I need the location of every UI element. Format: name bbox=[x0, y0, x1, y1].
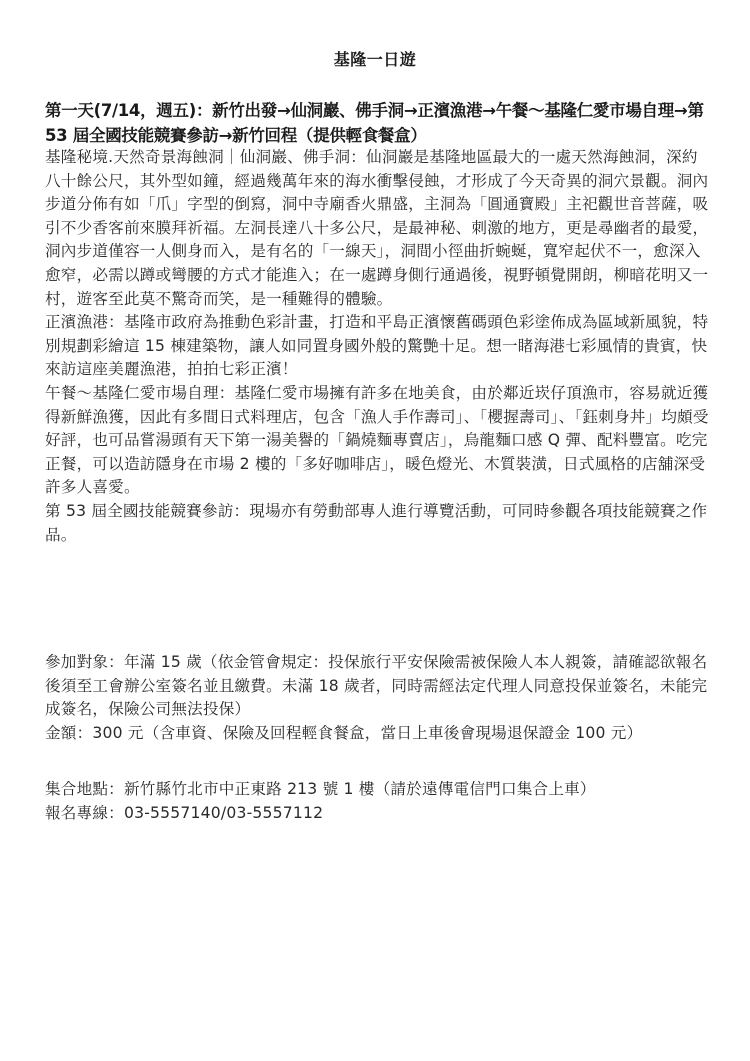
meeting-point-text: 集合地點：新竹縣竹北市中正東路 213 號 1 樓（請於遠傳電信門口集合上車） bbox=[45, 778, 710, 802]
itinerary-heading: 第一天(7/14，週五)：新竹出發→仙洞巖、佛手洞→正濱漁港→午餐～基隆仁愛市場… bbox=[45, 98, 710, 148]
document-title: 基隆一日遊 bbox=[0, 47, 750, 70]
document-page: 基隆一日遊 第一天(7/14，週五)：新竹出發→仙洞巖、佛手洞→正濱漁港→午餐～… bbox=[0, 0, 750, 1061]
paragraph-renai-market: 午餐～基隆仁愛市場自理：基隆仁愛市場擁有許多在地美食，由於鄰近崁仔頂漁市，容易就… bbox=[45, 382, 710, 500]
paragraph-sea-caves: 基隆秘境.天然奇景海蝕洞｜仙洞巖、佛手洞：仙洞巖是基隆地區最大的一處天然海蝕洞，… bbox=[45, 146, 710, 311]
contact-info: 集合地點：新竹縣竹北市中正東路 213 號 1 樓（請於遠傳電信門口集合上車） … bbox=[45, 778, 710, 825]
paragraph-zhengbin-harbor: 正濱漁港：基隆市政府為推動色彩計畫，打造和平島正濱懷舊碼頭色彩塗佈成為區域新風貌… bbox=[45, 311, 710, 382]
hotline-text: 報名專線：03-5557140/03-5557112 bbox=[45, 802, 710, 826]
paragraph-skills-competition: 第 53 屆全國技能競賽參訪：現場亦有勞動部專人進行導覽活動，可同時參觀各項技能… bbox=[45, 500, 710, 547]
eligibility-text: 參加對象：年滿 15 歲（依金管會規定：投保旅行平安保險需被保險人本人親簽，請確… bbox=[45, 651, 710, 722]
fee-text: 金額：300 元（含車資、保險及回程輕食餐盒，當日上車後會現場退保證金 100 … bbox=[45, 722, 710, 746]
registration-info: 參加對象：年滿 15 歲（依金管會規定：投保旅行平安保險需被保險人本人親簽，請確… bbox=[45, 651, 710, 745]
itinerary-description: 基隆秘境.天然奇景海蝕洞｜仙洞巖、佛手洞：仙洞巖是基隆地區最大的一處天然海蝕洞，… bbox=[45, 146, 710, 547]
